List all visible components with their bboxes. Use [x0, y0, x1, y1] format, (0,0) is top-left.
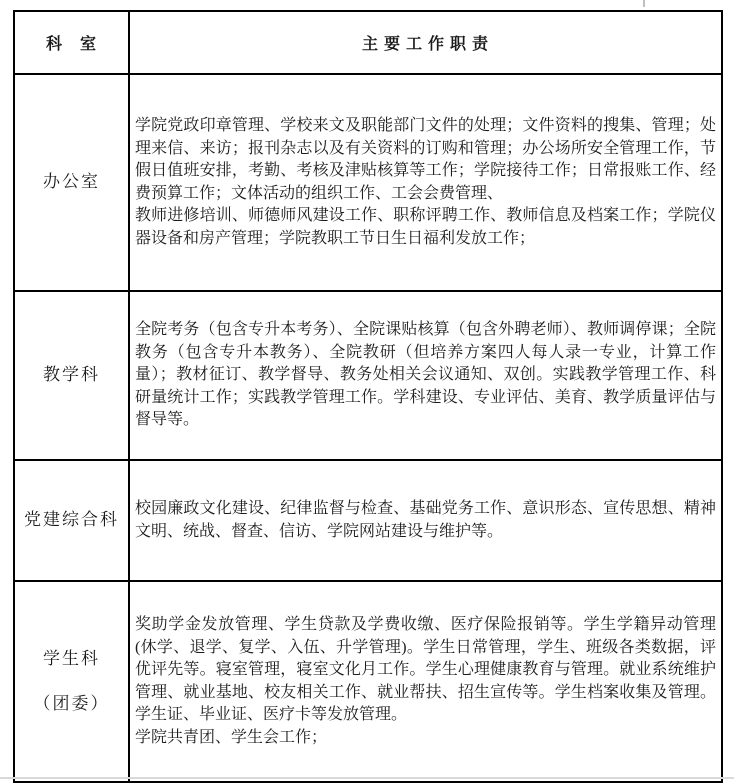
table-row-teaching: 教学科 全院考务（包含专升本考务）、全院课贴核算（包含外聘老师）、教师调停课；全…: [14, 291, 722, 460]
header-duties: 主 要 工 作 职 责: [129, 11, 722, 74]
table-row-office: 办公室 学院党政印章管理、学校来文及职能部门文件的处理；文件资料的搜集、管理；处…: [14, 74, 722, 291]
duties-paragraph: 学院共青团、学生会工作；: [135, 727, 716, 750]
duties-paragraph: 教师进修培训、师德师风建设工作、职称评聘工作、教师信息及档案工作；学院仪器设备和…: [135, 205, 716, 250]
duties-cell: 奖助学金发放管理、学生贷款及学费收缴、医疗保险报销等。学生学籍异动管理(休学、退…: [129, 581, 722, 782]
header-department: 科 室: [14, 11, 129, 74]
table-row-student-affairs: 学生科 （团委） 奖助学金发放管理、学生贷款及学费收缴、医疗保险报销等。学生学籍…: [14, 581, 722, 782]
department-cell: 党建综合科: [14, 460, 129, 581]
department-cell: 办公室: [14, 74, 129, 291]
department-cell: 教学科: [14, 291, 129, 460]
department-duties-table: 科 室 主 要 工 作 职 责 办公室 学院党政印章管理、学校来文及职能部门文件…: [13, 10, 723, 783]
duties-paragraph: 全院考务（包含专升本考务）、全院课贴核算（包含外聘老师）、教师调停课；全院教务（…: [135, 319, 716, 432]
document-page: 科 室 主 要 工 作 职 责 办公室 学院党政印章管理、学校来文及职能部门文件…: [0, 0, 734, 783]
table-header-row: 科 室 主 要 工 作 职 责: [14, 11, 722, 74]
duties-cell: 全院考务（包含专升本考务）、全院课贴核算（包含外聘老师）、教师调停课；全院教务（…: [129, 291, 722, 460]
table-row-party-affairs: 党建综合科 校园廉政文化建设、纪律监督与检查、基础党务工作、意识形态、宣传思想、…: [14, 460, 722, 581]
duties-paragraph: 奖助学金发放管理、学生贷款及学费收缴、医疗保险报销等。学生学籍异动管理(休学、退…: [135, 614, 716, 727]
duties-paragraph: 学院党政印章管理、学校来文及职能部门文件的处理；文件资料的搜集、管理；处理来信、…: [135, 115, 716, 205]
department-cell: 学生科 （团委）: [14, 581, 129, 782]
duties-cell: 学院党政印章管理、学校来文及职能部门文件的处理；文件资料的搜集、管理；处理来信、…: [129, 74, 722, 291]
page-margin-tick: [643, 0, 645, 7]
duties-paragraph: 校园廉政文化建设、纪律监督与检查、基础党务工作、意识形态、宣传思想、精神文明、统…: [135, 498, 716, 543]
duties-cell: 校园廉政文化建设、纪律监督与检查、基础党务工作、意识形态、宣传思想、精神文明、统…: [129, 460, 722, 581]
page-bottom-edge: [0, 777, 734, 779]
